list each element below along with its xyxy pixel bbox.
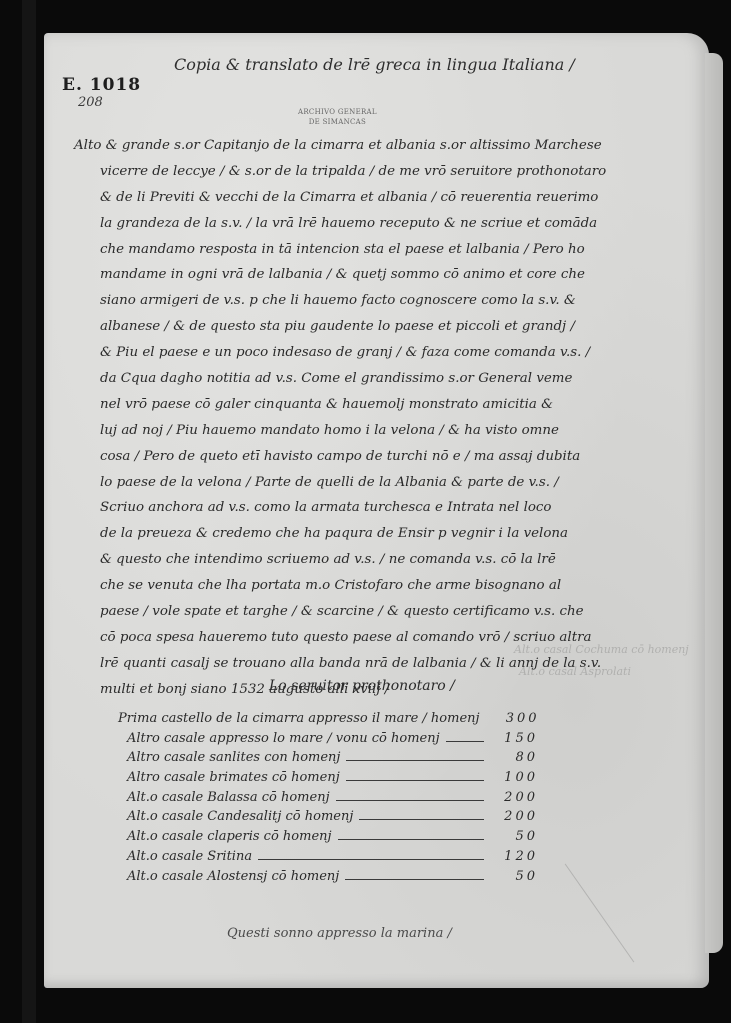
settlement-name: Alt.o casale claperis cō homenj (127, 829, 332, 844)
text-line: & de li Previti & vecchi de la Cimarra e… (74, 185, 674, 211)
text-line: Scriuo anchora ad v.s. como la armata tu… (74, 495, 674, 521)
text-line: siano armigeri de v.s. p che li hauemo f… (74, 288, 674, 314)
settlement-name: Alt.o casale Sritina (127, 849, 252, 864)
settlement-count: 300 (492, 711, 540, 726)
folio-number: 208 (78, 95, 103, 110)
settlement-name: Alt.o casale Balassa cō homenj (127, 790, 330, 805)
leader-line (258, 858, 484, 860)
settlement-count: 100 (490, 770, 538, 785)
leader-line (446, 740, 484, 742)
text-line: che se venuta che lha portata m.o Cristo… (74, 573, 674, 599)
text-line: de la preueza & credemo che ha paqura de… (74, 521, 674, 547)
settlement-name: Alt.o casale Alostensj cō homenj (127, 869, 339, 884)
list-item: Alt.o casale Candesalitj cō homenj 200 (118, 809, 538, 829)
list-item: Altro casale sanlites con homenj 80 (118, 750, 538, 770)
text-line: mandame in ogni vrā de lalbania / & quet… (74, 262, 674, 288)
text-line: & questo che intendimo scriuemo ad v.s. … (74, 547, 674, 573)
list-item: Altro casale appresso lo mare / vonu cō … (118, 731, 538, 751)
settlement-name: Altro casale appresso lo mare / vonu cō … (127, 731, 440, 746)
leader-line (346, 779, 484, 781)
text-line: lrē quanti casalj se trouano alla banda … (74, 651, 674, 677)
paper-crease (565, 864, 635, 963)
text-line: cosa / Pero de queto etī havisto campo d… (74, 444, 674, 470)
list-item: Alt.o casale Alostensj cō homenj 50 (118, 869, 538, 889)
text-line: che mandamo resposta in tā intencion sta… (74, 237, 674, 263)
text-line: vicerre de leccye / & s.or de la tripald… (74, 159, 674, 185)
settlement-list: Prima castello de la cimarra appresso il… (118, 711, 538, 888)
settlement-count: 200 (490, 809, 538, 824)
footer-note: Questi sonno appresso la marina / (227, 926, 452, 941)
leader-line (338, 838, 484, 840)
settlement-count: 80 (490, 750, 538, 765)
list-item: Alt.o casale claperis cō homenj 50 (118, 829, 538, 849)
settlement-name: Altro casale sanlites con homenj (127, 750, 340, 765)
text-line: cō poca spesa haueremo tuto questo paese… (74, 625, 674, 651)
text-line: paese / vole spate et targhe / & scarcin… (74, 599, 674, 625)
settlement-name: Prima castello de la cimarra appresso il… (118, 711, 480, 726)
settlement-count: 150 (490, 731, 538, 746)
list-item: Alt.o casale Balassa cō homenj 200 (118, 790, 538, 810)
settlement-name: Alt.o casale Candesalitj cō homenj (127, 809, 353, 824)
settlement-count: 50 (490, 829, 538, 844)
leader-line (346, 759, 484, 761)
text-line: albanese / & de questo sta piu gaudente … (74, 314, 674, 340)
settlement-count: 200 (490, 790, 538, 805)
settlement-name: Altro casale brimates cō homenj (127, 770, 340, 785)
page-edge-curl (705, 53, 723, 953)
archive-reference: E. 1018 (62, 75, 141, 95)
text-line: & Piu el paese e un poco indesaso de gra… (74, 340, 674, 366)
list-item: Altro casale brimates cō homenj 100 (118, 770, 538, 790)
leader-line (345, 878, 484, 880)
list-item: Prima castello de la cimarra appresso il… (118, 711, 538, 731)
letter-body: Alto & grande s.or Capitanjo de la cimar… (74, 133, 674, 703)
text-line: luj ad noj / Piu hauemo mandato homo i l… (74, 418, 674, 444)
leader-line (359, 818, 484, 820)
leader-line (336, 799, 484, 801)
document-title: Copia & translato de lrē greca in lingua… (174, 55, 575, 74)
text-line: Alto & grande s.or Capitanjo de la cimar… (74, 133, 674, 159)
text-line: nel vrō paese cō galer cinquanta & hauem… (74, 392, 674, 418)
archive-stamp: ARCHIVO GENERAL DE SIMANCAS (298, 107, 377, 127)
scanner-edge (22, 0, 36, 1023)
stamp-line-1: ARCHIVO GENERAL (298, 107, 377, 117)
manuscript-page: E. 1018 208 Copia & translato de lrē gre… (44, 33, 709, 988)
signature-line: Lo seruitor prothonotaro / (269, 678, 455, 694)
text-line: la grandeza de la s.v. / la vrā lrē haue… (74, 211, 674, 237)
text-line: lo paese de la velona / Parte de quelli … (74, 470, 674, 496)
settlement-count: 120 (490, 849, 538, 864)
text-line: da Cqua dagho notitia ad v.s. Come el gr… (74, 366, 674, 392)
stamp-line-2: DE SIMANCAS (298, 117, 377, 127)
list-item: Alt.o casale Sritina 120 (118, 849, 538, 869)
settlement-count: 50 (490, 869, 538, 884)
